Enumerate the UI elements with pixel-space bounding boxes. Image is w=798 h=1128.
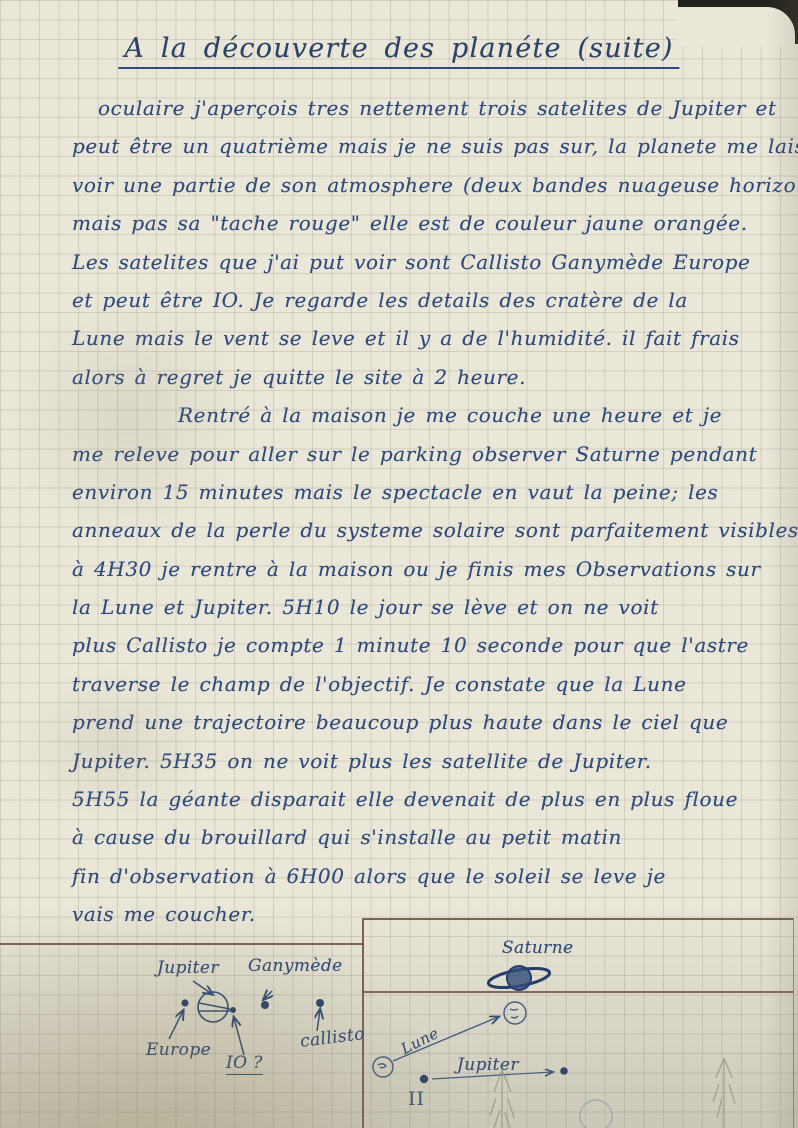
journal-line: Rentré à la maison je me couche une heur… <box>72 403 782 441</box>
journal-line: plus Callisto je compte 1 minute 10 seco… <box>72 633 782 671</box>
journal-line: à cause du brouillard qui s'installe au … <box>72 825 782 863</box>
roman-numeral-two: II <box>408 1088 425 1110</box>
right-sketch-panel: Saturne Lune Jupiter II <box>362 918 794 1128</box>
label-ganymede: Ganymède <box>248 956 343 976</box>
journal-line: Lune mais le vent se leve et il y a de l… <box>72 326 782 364</box>
journal-line: traverse le champ de l'objectif. Je cons… <box>72 672 782 710</box>
label-europe: Europe <box>146 1040 211 1060</box>
journal-line: à 4H30 je rentre à la maison ou je finis… <box>72 557 782 595</box>
journal-line: alors à regret je quitte le site à 2 heu… <box>72 365 782 403</box>
journal-line: anneaux de la perle du systeme solaire s… <box>72 518 782 556</box>
page-corner-curl <box>675 7 795 47</box>
europe-dot <box>181 999 188 1006</box>
jupiter-dot-start <box>420 1075 428 1083</box>
journal-line: la Lune et Jupiter. 5H10 le jour se lève… <box>72 595 782 633</box>
moon-drawing-end <box>504 1002 526 1024</box>
notebook-page: A la découverte des planéte (suite) ocul… <box>0 0 798 1128</box>
journal-line: et peut être IO. Je regarde les details … <box>72 288 782 326</box>
ganymede-label-arrow <box>264 991 272 999</box>
journal-line: environ 15 minutes mais le spectacle en … <box>72 480 782 518</box>
journal-line: fin d'observation à 6H00 alors que le so… <box>72 864 782 902</box>
label-jupiter: Jupiter <box>157 958 219 978</box>
jupiter-dot-end <box>560 1067 568 1075</box>
label-io: IO ? <box>226 1053 263 1075</box>
europe-label-arrow <box>169 1011 183 1039</box>
jupiter-drawing <box>198 992 230 1022</box>
journal-line: Les satelites que j'ai put voir sont Cal… <box>72 250 782 288</box>
journal-line: Jupiter. 5H35 on ne voit plus les satell… <box>72 749 782 787</box>
callisto-label-arrow <box>317 1010 320 1031</box>
saturn-and-trajectory-drawing <box>364 920 793 1128</box>
faint-circle-sketch <box>580 1100 612 1128</box>
journal-line: voir une partie de son atmosphere (deux … <box>72 173 782 211</box>
journal-line: me releve pour aller sur le parking obse… <box>72 442 782 480</box>
journal-text: oculaire j'aperçois tres nettement trois… <box>72 96 782 941</box>
journal-line: 5H55 la géante disparait elle devenait d… <box>72 787 782 825</box>
io-label-arrow <box>234 1018 244 1055</box>
ganymede-dot <box>261 1001 269 1009</box>
journal-line: oculaire j'aperçois tres nettement trois… <box>72 96 782 134</box>
jupiter-label-arrow <box>193 981 212 994</box>
label-saturne: Saturne <box>502 938 574 958</box>
page-title: A la découverte des planéte (suite) <box>118 33 679 69</box>
moon-detail <box>510 1009 518 1018</box>
label-jupiter-trajectory: Jupiter <box>457 1055 519 1075</box>
callisto-dot <box>316 999 324 1007</box>
io-dot <box>230 1007 236 1013</box>
saturn-drawing <box>486 961 551 995</box>
moon-detail <box>378 1064 386 1068</box>
journal-line: prend une trajectoire beaucoup plus haut… <box>72 710 782 748</box>
journal-line: mais pas sa "tache rouge" elle est de co… <box>72 211 782 249</box>
journal-line: peut être un quatrième mais je ne suis p… <box>72 134 782 172</box>
